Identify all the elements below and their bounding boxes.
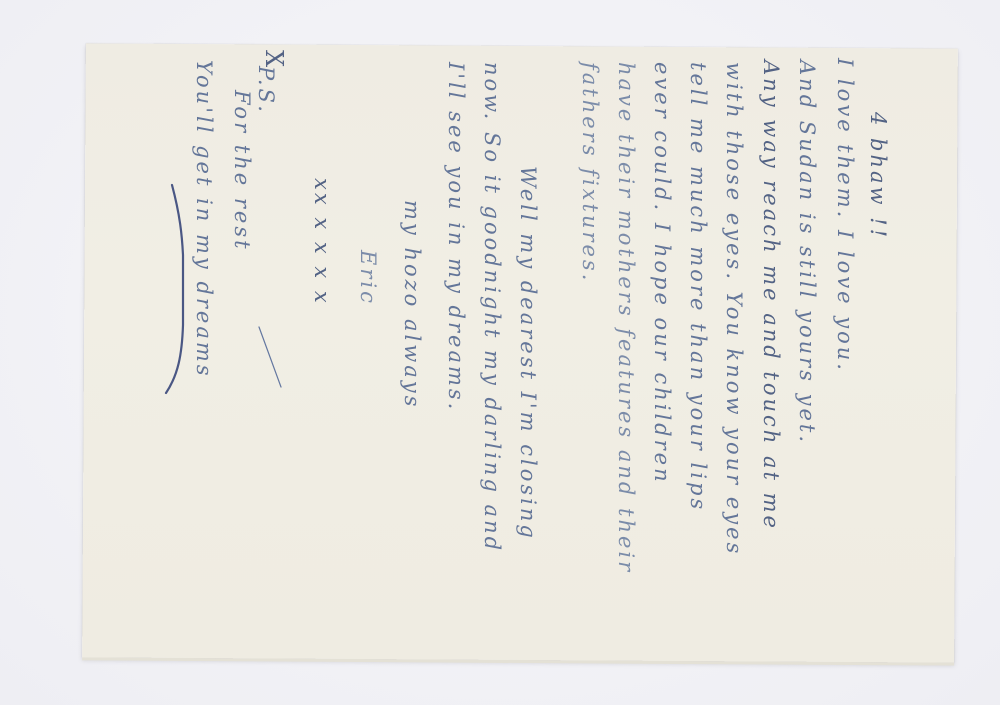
- postscript-label: P.S.: [255, 66, 276, 115]
- letter-line-5: with those eyes. You know your eyes: [723, 62, 744, 556]
- letter-line-12: I'll see you in my dreams.: [445, 62, 466, 412]
- letter-line-3: And Sudan is still yours yet.: [796, 60, 817, 445]
- letter-line-6: tell me much more than your lips: [687, 62, 708, 512]
- letter-line-8: have their mothers features and their: [615, 62, 636, 574]
- letter-line-1: 4 bhaw !!: [867, 112, 888, 240]
- letter-line-9: fathers fixtures.: [579, 62, 600, 283]
- letter-line-4: Any way reach me and touch at me: [760, 60, 781, 531]
- pen-stroke-curve: [150, 175, 210, 405]
- letter-line-10: Well my dearest I'm closing: [517, 166, 538, 541]
- closing-line: my hozo always: [401, 200, 422, 409]
- postscript-line-1: For the rest: [231, 90, 252, 252]
- margin-x-mark: X: [262, 50, 286, 67]
- kisses: xx x x x x: [311, 178, 332, 306]
- letter-line-7: ever could. I hope our children: [651, 62, 672, 485]
- signature-underline-stroke: [255, 325, 285, 395]
- letter-line-11: now. So it goodnight my darling and: [481, 62, 502, 553]
- letter-line-2: I love them. I love you.: [834, 58, 855, 373]
- signature: Eric: [357, 250, 378, 306]
